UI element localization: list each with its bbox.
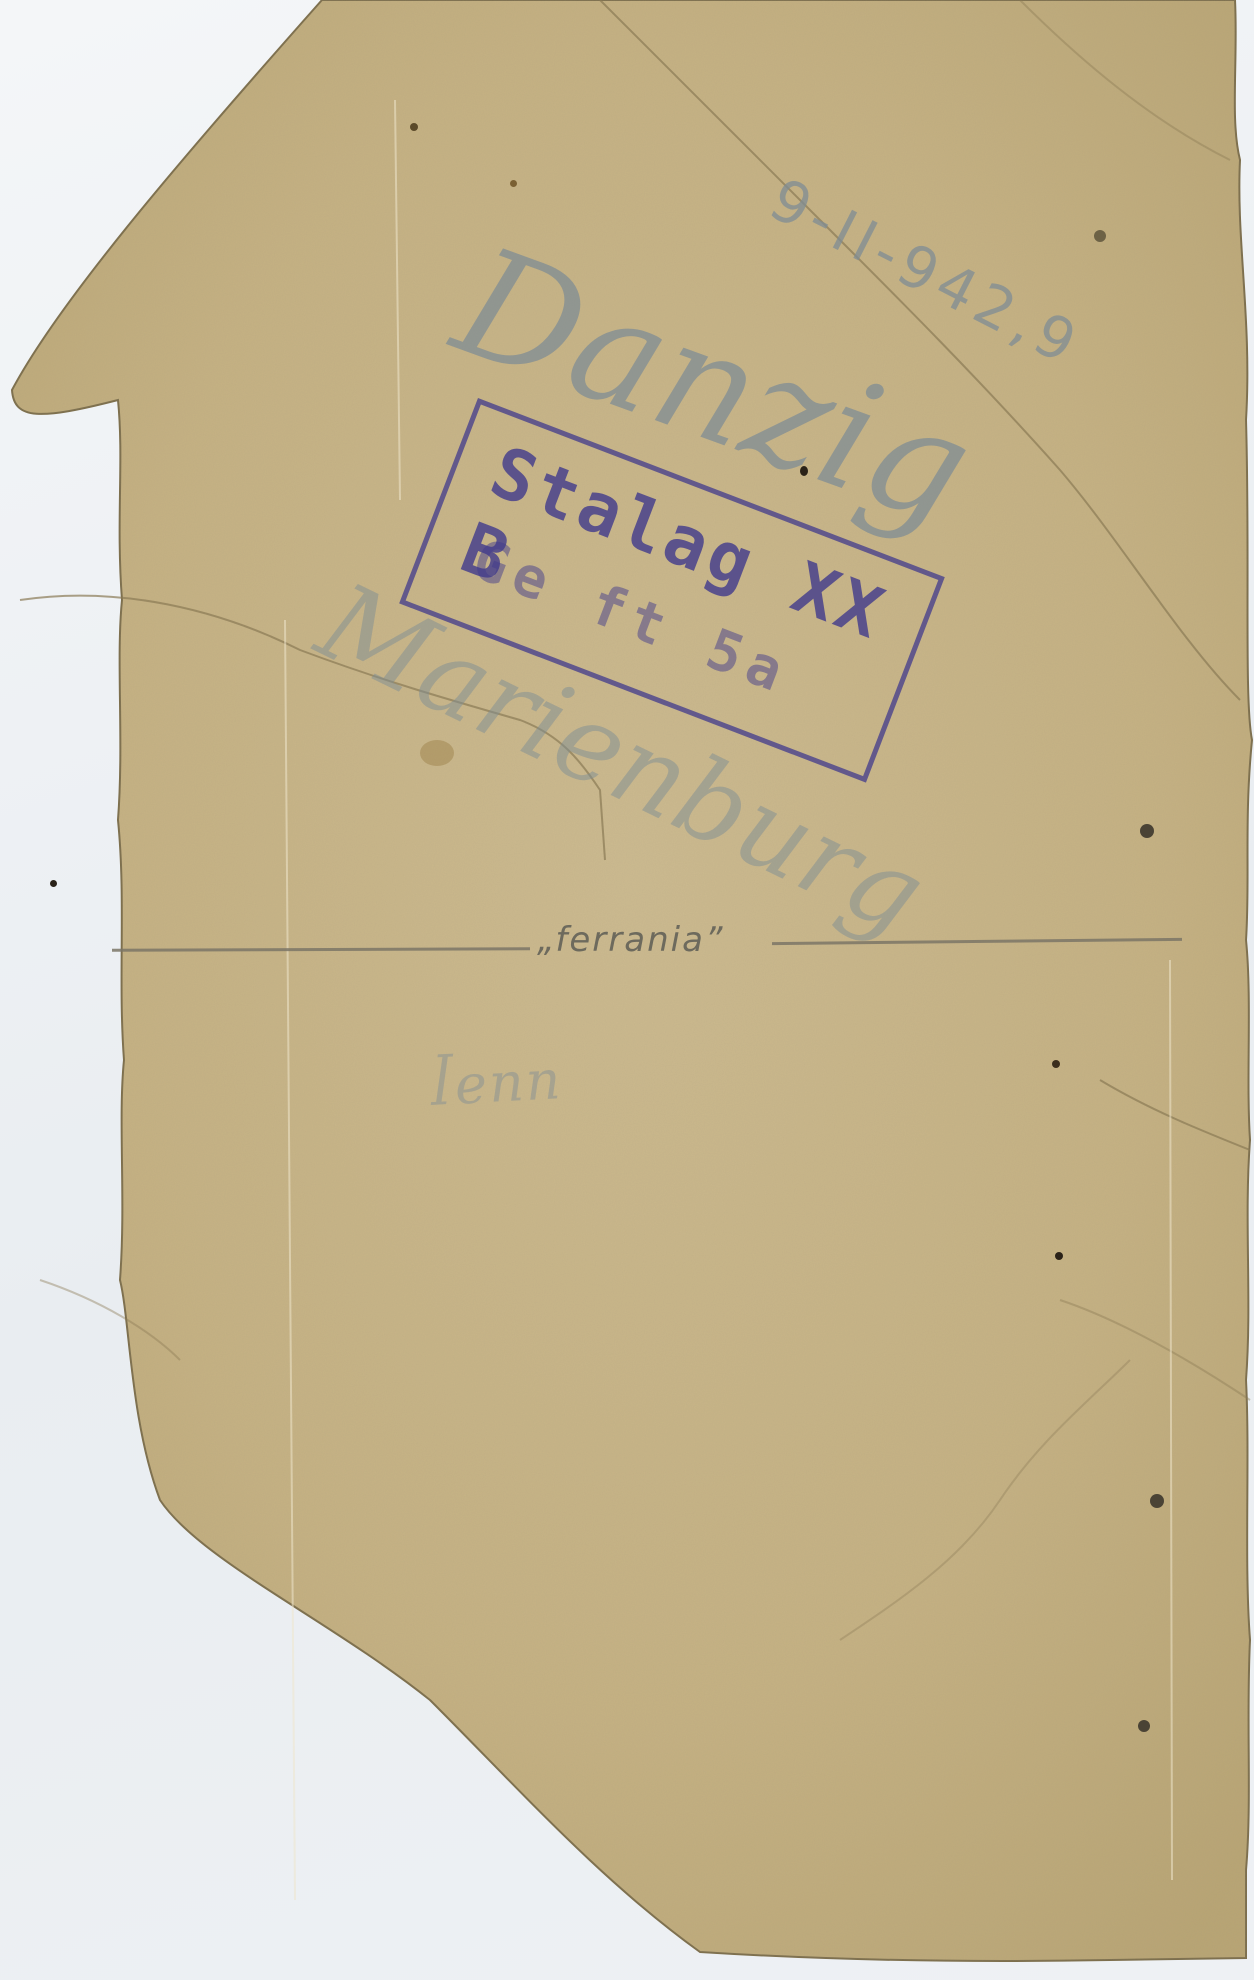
ink-spot xyxy=(1055,1252,1063,1260)
ink-spot xyxy=(1094,230,1106,242)
ink-spot xyxy=(50,880,57,887)
ink-spot xyxy=(410,123,418,131)
divider-left xyxy=(112,947,530,951)
brand-ferrania: „ferrania” xyxy=(537,920,725,960)
divider-right xyxy=(772,938,1182,945)
handwritten-scribble: ꟾenn xyxy=(430,1048,564,1118)
ink-spot xyxy=(1150,1494,1164,1508)
printed-brand-line: „ferrania” xyxy=(112,920,1182,980)
ink-spot xyxy=(1138,1720,1150,1732)
ink-spot xyxy=(1052,1060,1060,1068)
ink-spot xyxy=(510,180,517,187)
ink-spot xyxy=(1140,824,1154,838)
